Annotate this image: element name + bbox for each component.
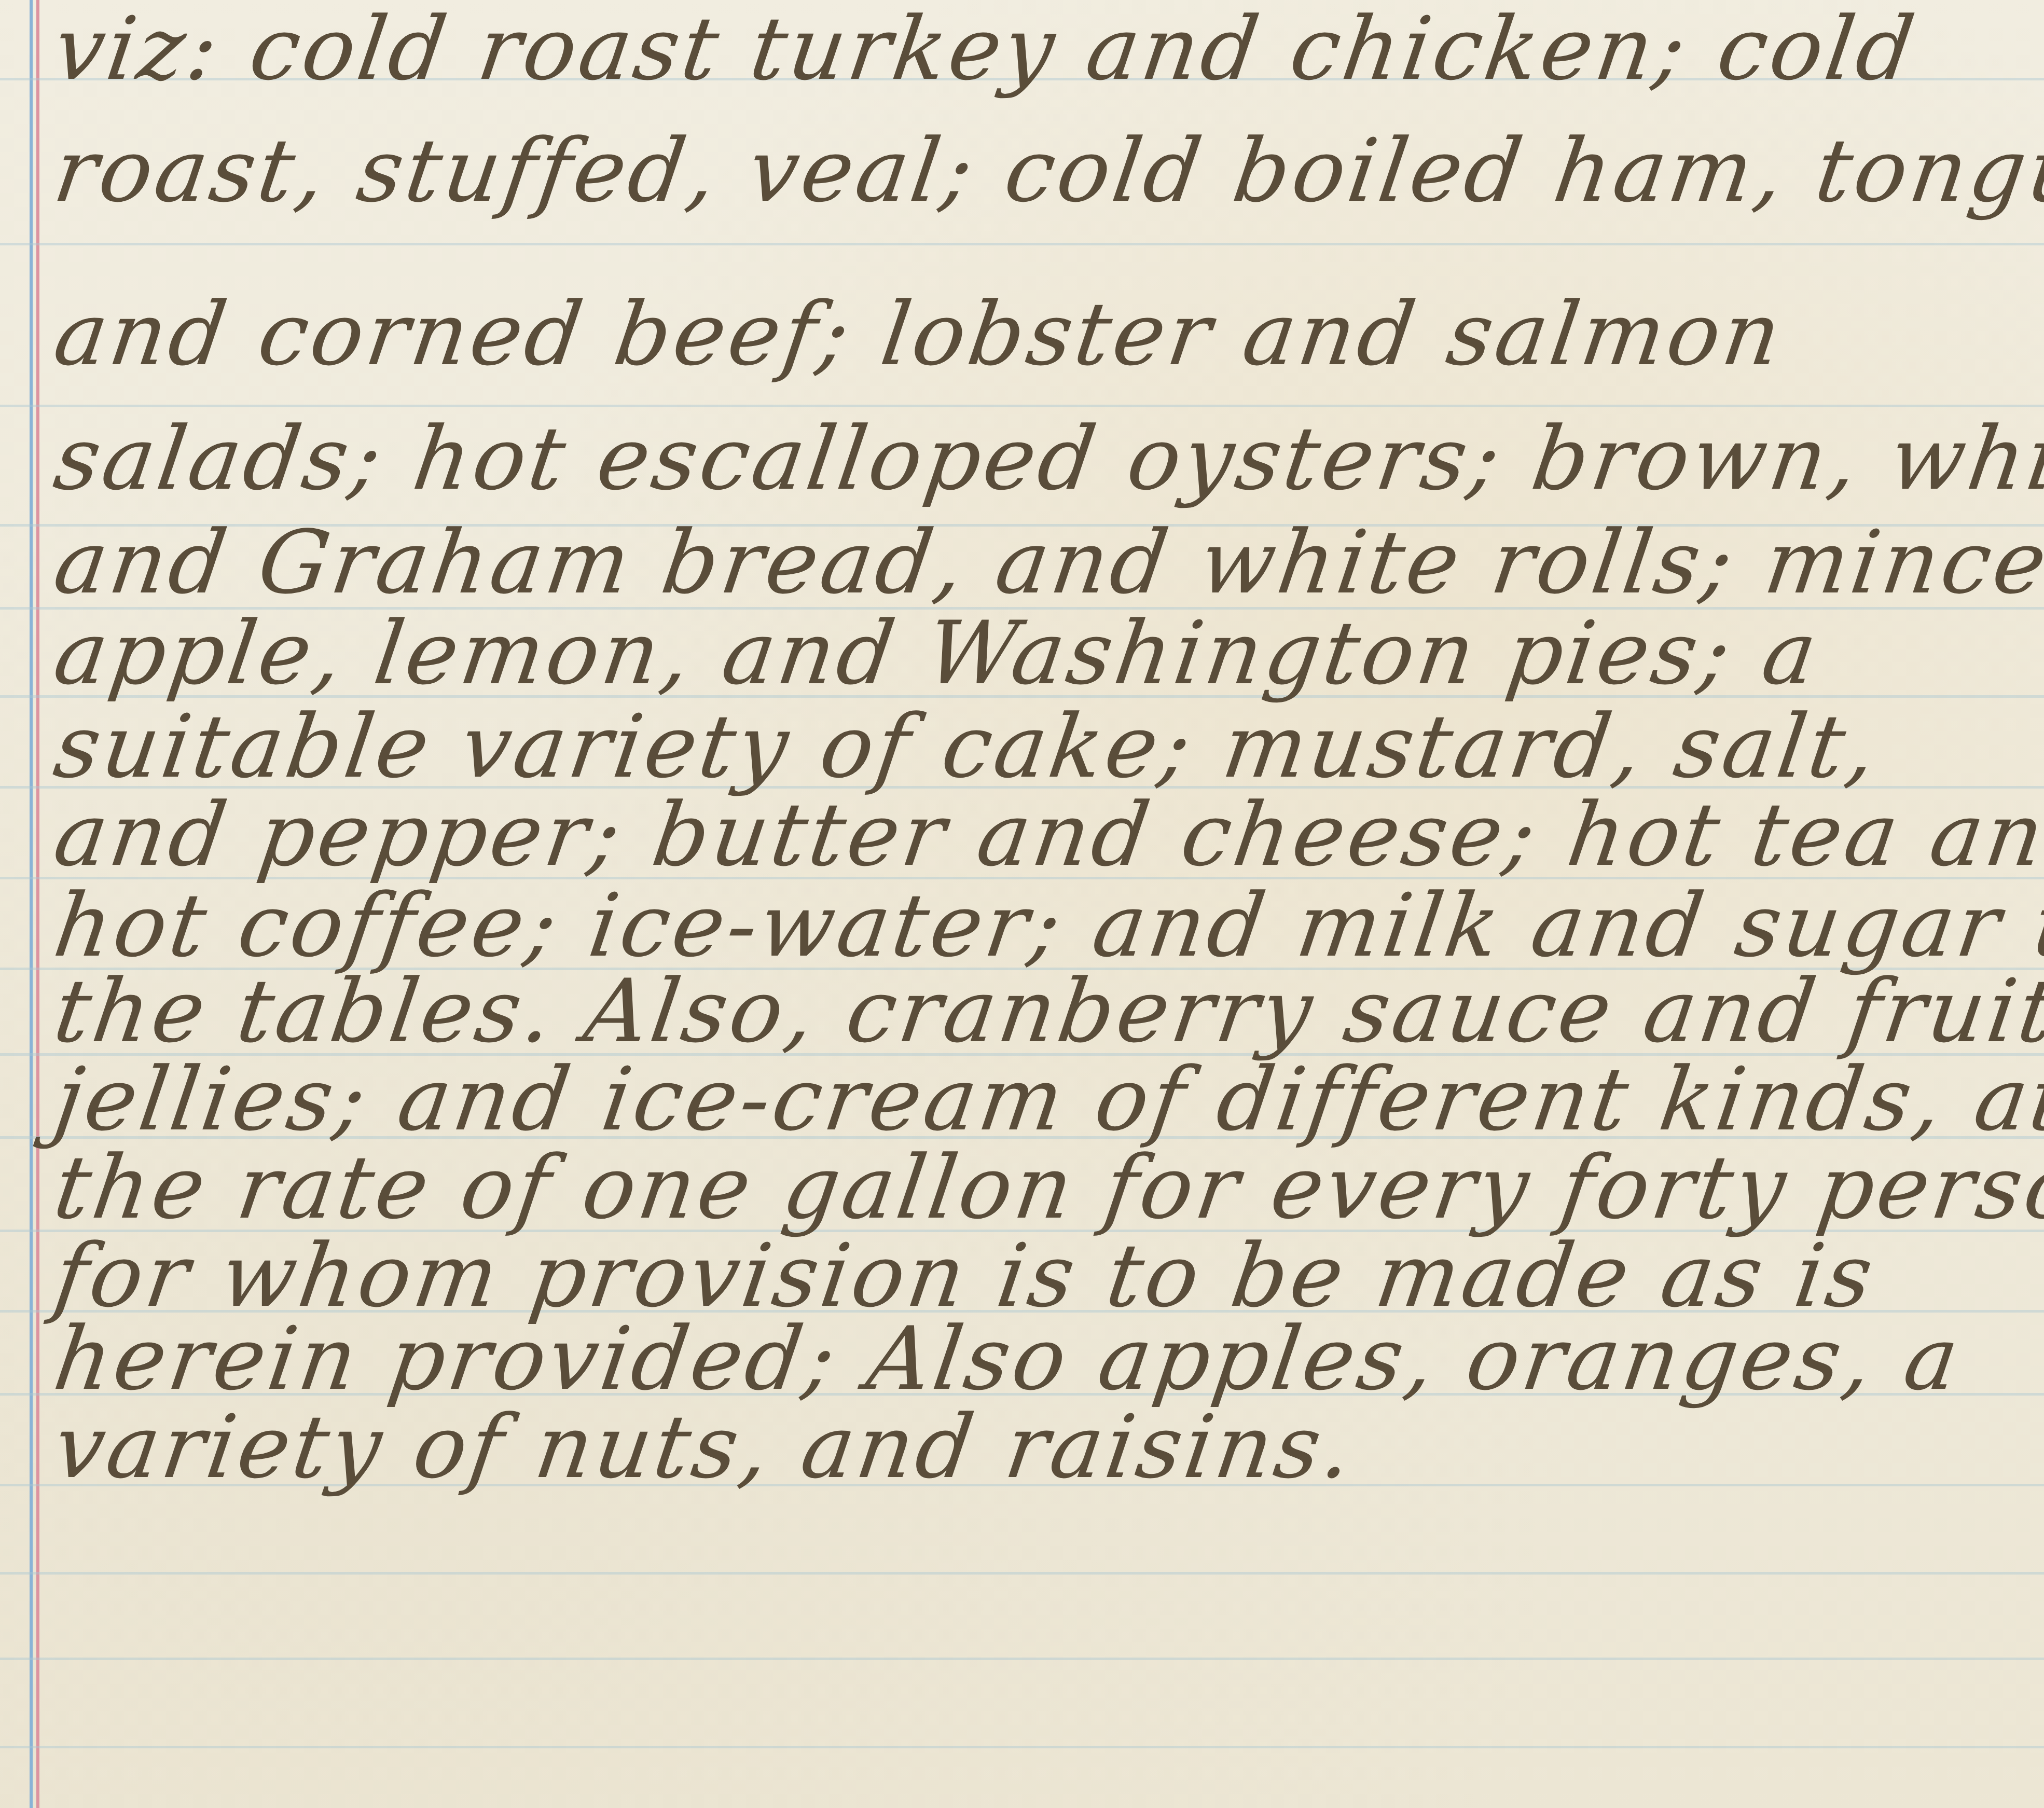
- handwritten-line-10: the tables. Also, cranberry sauce and fr…: [49, 968, 2036, 1055]
- handwritten-line-11: jellies; and ice-cream of different kind…: [49, 1056, 2036, 1143]
- handwritten-line-12: the rate of one gallon for every forty p…: [49, 1144, 2036, 1231]
- margin-line-pink: [36, 0, 39, 1808]
- handwritten-line-5: and Graham bread, and white rolls; mince…: [49, 519, 2036, 606]
- handwritten-line-4: salads; hot escalloped oysters; brown, w…: [49, 415, 2036, 502]
- ruled-line: [0, 1572, 2044, 1575]
- margin-line-blue: [30, 0, 33, 1808]
- handwritten-line-9: hot coffee; ice-water; and milk and suga…: [49, 882, 2036, 969]
- ruled-line: [0, 1746, 2044, 1748]
- manuscript-page: viz: cold roast turkey and chicken; cold…: [0, 0, 2044, 1808]
- handwritten-line-14: herein provided; Also apples, oranges, a: [49, 1315, 2036, 1402]
- handwritten-line-3: and corned beef; lobster and salmon: [49, 291, 2036, 378]
- handwritten-line-1: viz: cold roast turkey and chicken; cold: [49, 5, 2036, 92]
- ruled-line: [0, 405, 2044, 407]
- handwritten-line-6: apple, lemon, and Washington pies; a: [49, 610, 2036, 697]
- ruled-line: [0, 243, 2044, 245]
- ruled-line: [0, 1658, 2044, 1660]
- handwritten-line-7: suitable variety of cake; mustard, salt,: [49, 703, 2036, 790]
- handwritten-line-8: and pepper; butter and cheese; hot tea a…: [49, 791, 2036, 878]
- handwritten-line-15: variety of nuts, and raisins.: [49, 1403, 2036, 1490]
- handwritten-line-13: for whom provision is to be made as is: [49, 1232, 2036, 1319]
- handwritten-line-2: roast, stuffed, veal; cold boiled ham, t…: [49, 127, 2036, 214]
